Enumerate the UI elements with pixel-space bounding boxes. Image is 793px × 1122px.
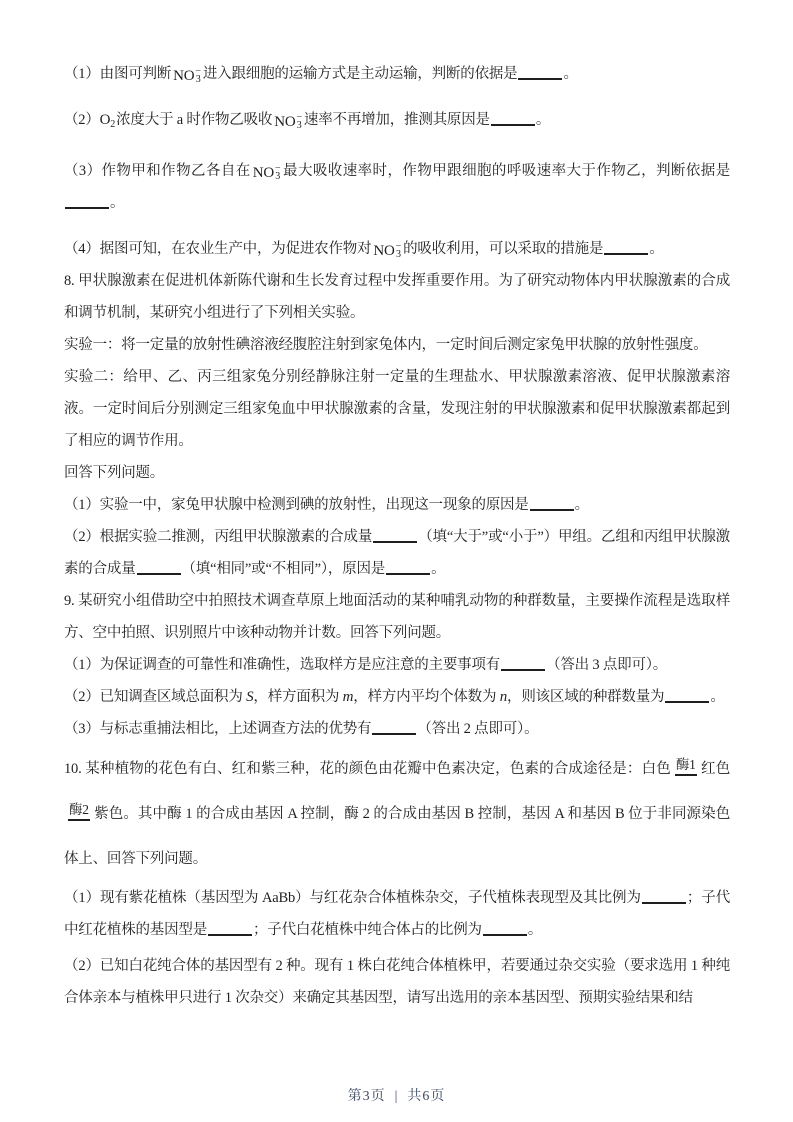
text-run: ，则该区域的种群数量为 xyxy=(507,689,664,705)
answer-blank xyxy=(518,73,562,80)
text-run: （答出 3 点即可）。 xyxy=(546,657,667,673)
chem-subscript: 3 xyxy=(396,250,401,259)
enzyme-label: 酶1 xyxy=(675,757,697,774)
text-run: （1）由图可判断 xyxy=(64,66,171,82)
text-run: ，样方内平均个体数为 xyxy=(353,689,499,705)
enzyme-label: 酶2 xyxy=(68,802,90,819)
paragraph-q7-3: （3）作物甲和作物乙各自在NO−3最大吸收速率时，作物甲跟细胞的呼吸速率大于作物… xyxy=(64,155,730,219)
text-run: 。 xyxy=(431,561,445,577)
chem-subscript: 3 xyxy=(196,75,201,84)
text-run: 。 xyxy=(536,112,550,128)
chem-base: NO xyxy=(274,115,295,130)
answer-blank xyxy=(386,568,430,575)
chemical-formula-o2: O2 xyxy=(100,112,115,128)
enzyme-arrow: 酶1 xyxy=(675,757,697,776)
text-run: 速率不再增加，推测其原因是 xyxy=(304,112,490,128)
paragraph-q8-1: （1）实验一中，家兔甲状腺中检测到碘的放射性，出现这一现象的原因是。 xyxy=(64,489,730,521)
text-run: 红色 xyxy=(701,761,730,777)
math-variable: m xyxy=(343,689,354,705)
text-run: 实验一：将一定量的放射性碘溶液经腹腔注射到家兔体内，一定时间后测定家兔甲状腺的放… xyxy=(64,337,708,353)
page-footer: 第3页|共6页 xyxy=(0,1085,793,1105)
text-run: （2） xyxy=(64,112,100,128)
paragraph-q8-intro: 8. 甲状腺激素在促进机体新陈代谢和生长发育过程中发挥重要作用。为了研究动物体内… xyxy=(64,265,730,329)
arrow-line xyxy=(68,819,90,821)
answer-blank xyxy=(642,897,686,904)
text-run: 回答下列问题。 xyxy=(64,465,164,481)
footer-page-current: 第3页 xyxy=(348,1089,386,1104)
text-run: 。 xyxy=(649,241,663,257)
text-run: 实验二：给甲、乙、丙三组家兔分别经静脉注射一定量的生理盐水、甲状腺激素溶液、促甲… xyxy=(64,369,730,449)
answer-blank xyxy=(665,696,709,703)
text-run: 8. 甲状腺激素在促进机体新陈代谢和生长发育过程中发挥重要作用。为了研究动物体内… xyxy=(64,273,730,321)
text-run: 最大吸收速率时，作物甲跟细胞的呼吸速率大于作物乙，判断依据是 xyxy=(282,163,730,179)
text-run: 进入跟细胞的运输方式是主动运输，判断的依据是 xyxy=(203,66,518,82)
paragraph-q8-exp1: 实验一：将一定量的放射性碘溶液经腹腔注射到家兔体内，一定时间后测定家兔甲状腺的放… xyxy=(64,329,730,361)
paragraph-q8-exp2: 实验二：给甲、乙、丙三组家兔分别经静脉注射一定量的生理盐水、甲状腺激素溶液、促甲… xyxy=(64,361,730,457)
paragraph-q8-prompt: 回答下列问题。 xyxy=(64,457,730,489)
text-run: （2）根据实验二推测，丙组甲状腺激素的合成量 xyxy=(64,529,372,545)
paragraph-q7-2: （2）O2浓度大于 a 时作物乙吸收NO−3速率不再增加，推测其原因是。 xyxy=(64,104,730,141)
chem-subscript: 3 xyxy=(297,121,302,130)
answer-blank xyxy=(483,929,527,936)
paragraph-q10-intro: 10. 某种植物的花色有白、红和紫三种，花的颜色由花瓣中色素决定，色素的合成途径… xyxy=(64,747,730,882)
text-run: 。 xyxy=(710,689,724,705)
chemical-formula-no3: NO−3 xyxy=(274,114,302,130)
chem-scripts: −3 xyxy=(195,68,200,84)
paragraph-q9-3: （3）与标志重捕法相比，上述调查方法的优势有（答出 2 点即可）。 xyxy=(64,713,730,745)
chem-base: O xyxy=(100,112,111,128)
text-run: 9. 某研究小组借助空中拍照技术调查草原上地面活动的某种哺乳动物的种群数量，主要… xyxy=(64,593,730,641)
text-run: 。 xyxy=(110,195,124,211)
text-run: （3）作物甲和作物乙各自在 xyxy=(64,163,251,179)
text-run: （1）现有紫花植株（基因型为 AaBb）与红花杂合体植株杂交，子代植株表现型及其… xyxy=(64,890,641,906)
text-run: 浓度大于 a 时作物乙吸收 xyxy=(116,112,272,128)
enzyme-arrow: 酶2 xyxy=(68,802,90,821)
chemical-formula-no3: NO−3 xyxy=(173,68,201,84)
text-run: 。 xyxy=(575,497,589,513)
answer-blank xyxy=(137,568,181,575)
exam-page: （1）由图可判断NO−3进入跟细胞的运输方式是主动运输，判断的依据是。（2）O2… xyxy=(0,0,793,1122)
answer-blank xyxy=(530,504,574,511)
text-run: （2）已知调查区域总面积为 xyxy=(64,689,246,705)
text-run: （1）为保证调查的可靠性和准确性，选取样方是应注意的主要事项有 xyxy=(64,657,500,673)
text-run: （4）据图可知，在农业生产中，为促进农作物对 xyxy=(64,241,371,257)
answer-blank xyxy=(372,728,416,735)
paragraph-q9-1: （1）为保证调查的可靠性和准确性，选取样方是应注意的主要事项有（答出 3 点即可… xyxy=(64,649,730,681)
chem-scripts: −3 xyxy=(396,243,401,259)
text-run: ；子代白花植株中纯合体占的比例为 xyxy=(253,922,482,938)
answer-blank xyxy=(604,248,648,255)
math-variable: n xyxy=(500,689,507,705)
paragraph-q8-2: （2）根据实验二推测，丙组甲状腺激素的合成量（填“大于”或“小于”）甲组。乙组和… xyxy=(64,521,730,585)
paragraph-q10-1: （1）现有紫花植株（基因型为 AaBb）与红花杂合体植株杂交，子代植株表现型及其… xyxy=(64,882,730,946)
footer-separator: | xyxy=(395,1089,399,1104)
text-run: 10. 某种植物的花色有白、红和紫三种，花的颜色由花瓣中色素决定，色素的合成途径… xyxy=(64,761,671,777)
text-run: ，样方面积为 xyxy=(253,689,342,705)
answer-blank xyxy=(501,664,545,671)
text-run: （答出 2 点即可）。 xyxy=(417,721,538,737)
paragraph-q7-4: （4）据图可知，在农业生产中，为促进农作物对NO−3的吸收利用，可以采取的措施是… xyxy=(64,233,730,265)
text-run: 紫色。其中酶 1 的合成由基因 A 控制，酶 2 的合成由基因 B 控制，基因 … xyxy=(64,806,730,867)
paragraph-q10-2: （2）已知白花纯合体的基因型有 2 种。现有 1 株白花纯合体植株甲，若要通过杂… xyxy=(64,950,730,1014)
answer-blank xyxy=(208,929,252,936)
chem-scripts: −3 xyxy=(275,165,280,181)
chem-subscript: 2 xyxy=(110,119,115,130)
chemical-formula-no3: NO−3 xyxy=(373,243,401,259)
text-run: 的吸收利用，可以采取的措施是 xyxy=(403,241,603,257)
text-run: 。 xyxy=(528,922,542,938)
answer-blank xyxy=(491,119,535,126)
answer-blank xyxy=(373,536,417,543)
paragraph-q9-intro: 9. 某研究小组借助空中拍照技术调查草原上地面活动的某种哺乳动物的种群数量，主要… xyxy=(64,585,730,649)
footer-page-total: 共6页 xyxy=(407,1089,445,1104)
paragraph-q7-1: （1）由图可判断NO−3进入跟细胞的运输方式是主动运输，判断的依据是。 xyxy=(64,58,730,90)
text-run: （1）实验一中，家兔甲状腺中检测到碘的放射性，出现这一现象的原因是 xyxy=(64,497,529,513)
arrow-line xyxy=(675,774,697,776)
chem-base: NO xyxy=(253,166,274,181)
text-run: （2）已知白花纯合体的基因型有 2 种。现有 1 株白花纯合体植株甲，若要通过杂… xyxy=(64,958,730,1006)
chem-base: NO xyxy=(373,244,394,259)
chem-scripts: −3 xyxy=(296,114,301,130)
text-run: 。 xyxy=(563,66,577,82)
document-body: （1）由图可判断NO−3进入跟细胞的运输方式是主动运输，判断的依据是。（2）O2… xyxy=(64,58,730,1014)
chemical-formula-no3: NO−3 xyxy=(253,165,281,181)
paragraph-q9-2: （2）已知调查区域总面积为 S，样方面积为 m，样方内平均个体数为 n，则该区域… xyxy=(64,681,730,713)
answer-blank xyxy=(65,202,109,209)
chem-base: NO xyxy=(173,69,194,84)
text-run: （填“相同”或“不相同”），原因是 xyxy=(182,561,386,577)
text-run: （3）与标志重捕法相比，上述调查方法的优势有 xyxy=(64,721,371,737)
chem-subscript: 3 xyxy=(275,172,280,181)
